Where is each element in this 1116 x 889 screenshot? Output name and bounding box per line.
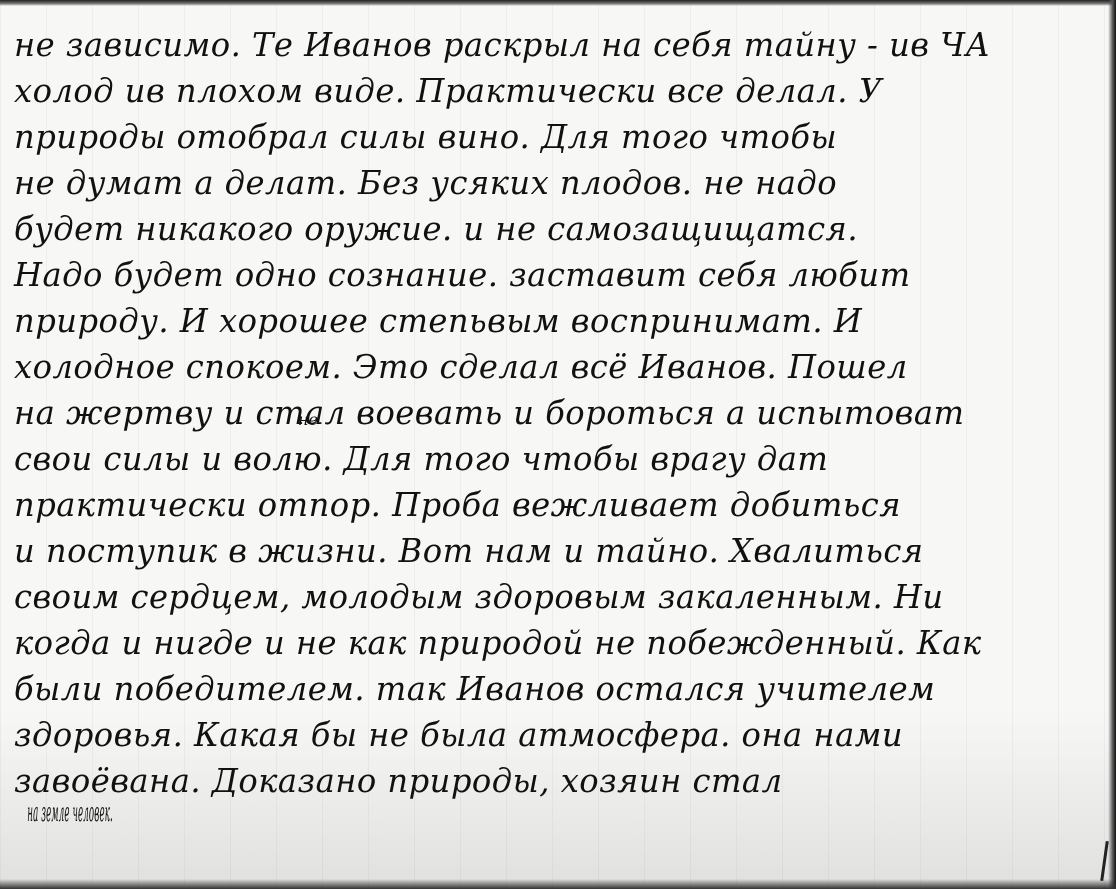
text-line: здоровья. Какая бы не была атмосфера. он… — [14, 712, 1074, 758]
text-line: Надо будет одно сознание. заставит себя … — [14, 252, 1074, 298]
text-line: не зависимо. Те Иванов раскрыл на себя т… — [14, 22, 1074, 68]
scan-top-edge — [0, 0, 1116, 6]
handwritten-text-block: не зависимо. Те Иванов раскрыл на себя т… — [14, 22, 1102, 828]
scan-bottom-edge — [0, 879, 1116, 889]
manuscript-page: не зависимо. Те Иванов раскрыл на себя т… — [0, 0, 1116, 889]
text-line: не думат а делат. Без усяких плодов. не … — [14, 160, 1074, 206]
scan-right-edge — [1108, 0, 1116, 889]
text-line: были победителем. так Иванов остался учи… — [14, 666, 1074, 712]
text-line: и поступик в жизни. Вот нам и тайно. Хва… — [14, 528, 1074, 574]
text-line: когда и нигде и не как природой не побеж… — [14, 620, 1074, 666]
text-line: своим сердцем, молодым здоровым закаленн… — [14, 574, 1074, 620]
text-line-final: на земле человек. — [14, 798, 374, 828]
text-line: холод ив плохом виде. Практически все де… — [14, 68, 1074, 114]
text-line: свои силы и волю. Для того чтобы врагу д… — [14, 436, 1074, 482]
text-line: будет никакого оружие. и не самозащищатс… — [14, 206, 1074, 252]
text-line: практически отпор. Проба вежливает добит… — [14, 482, 1074, 528]
text-line: на жертву и стал воевать и бороться а ис… — [14, 390, 1074, 436]
text-line: холодное спокоем. Это сделал всё Иванов.… — [14, 344, 1074, 390]
text-line: природу. И хорошее степьвым воспринимат.… — [14, 298, 1074, 344]
text-line: природы отобрал силы вино. Для того чтоб… — [14, 114, 1074, 160]
interlinear-insertion: не — [298, 410, 318, 429]
